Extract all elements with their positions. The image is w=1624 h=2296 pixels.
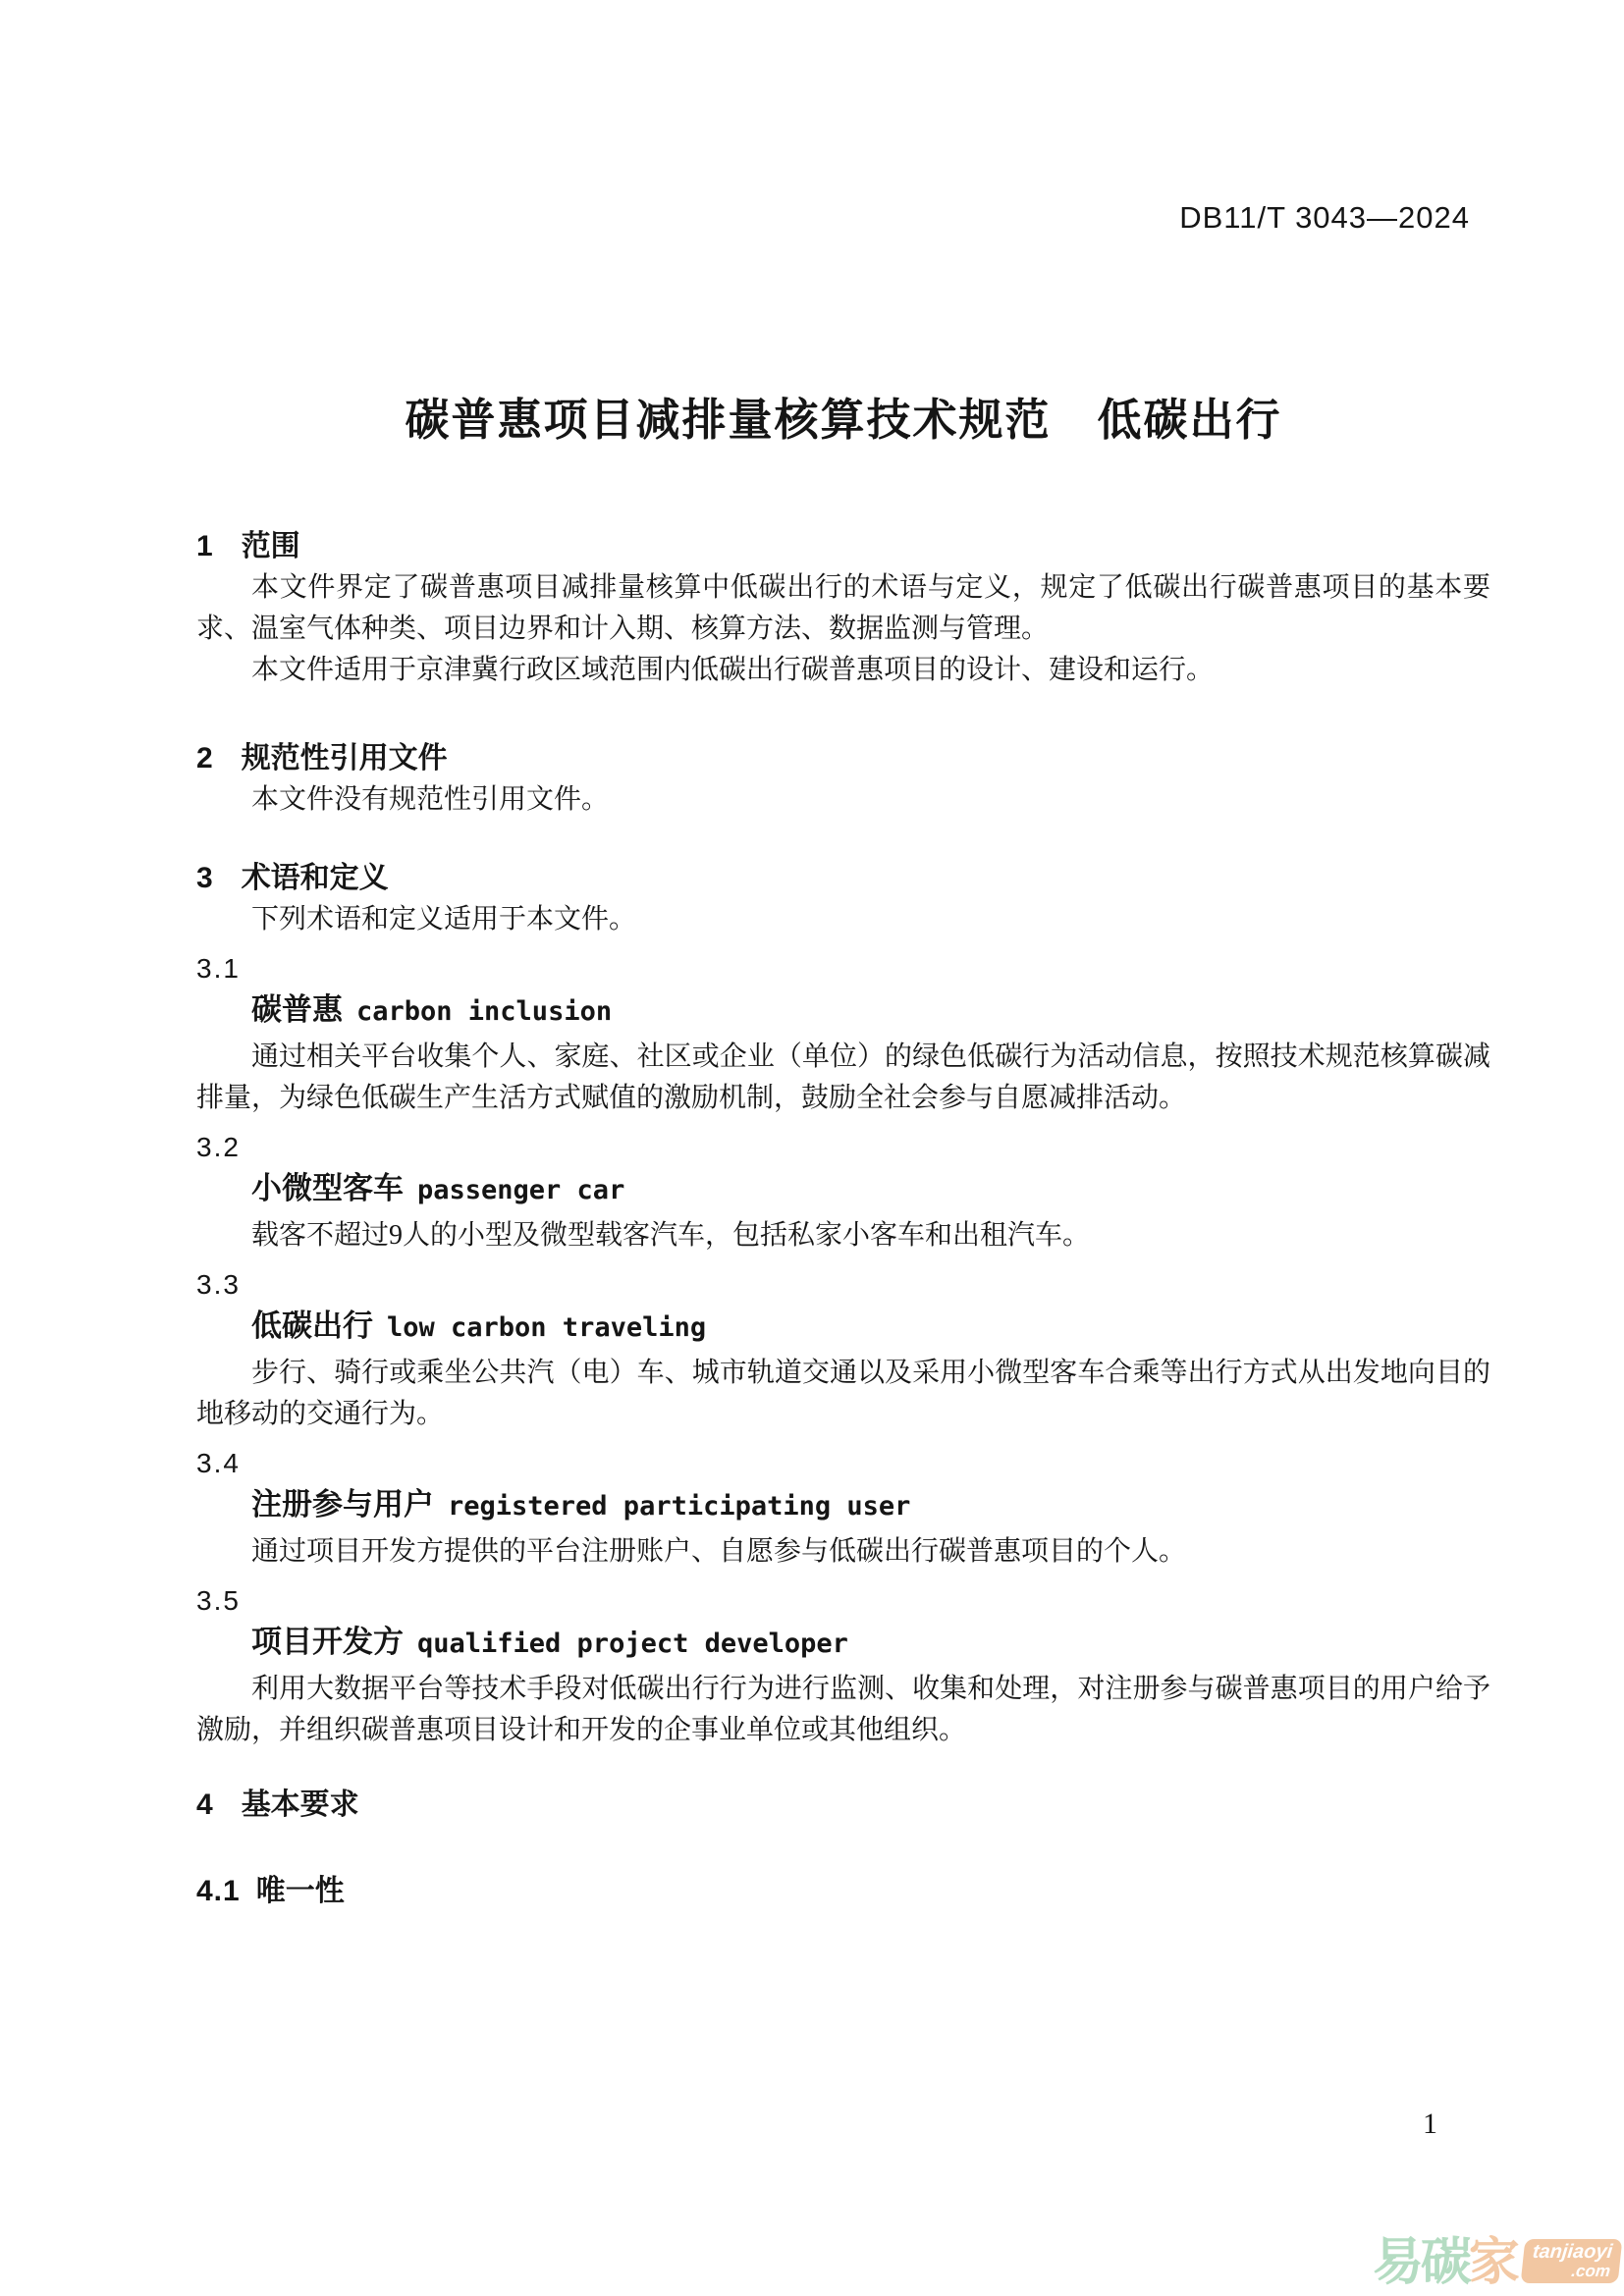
page-number: 1	[1423, 2107, 1437, 2142]
watermark-domain-tld: .com	[1570, 2263, 1610, 2279]
term-definition: 载客不超过9人的小型及微型载客汽车，包括私家小客车和出租汽车。	[196, 1215, 1490, 1256]
term-definition: 步行、骑行或乘坐公共汽（电）车、城市轨道交通以及采用小微型客车合乘等出行方式从出…	[196, 1353, 1490, 1435]
watermark-char-tan: 碳	[1421, 2237, 1469, 2288]
term-name-en: passenger car	[417, 1175, 624, 1205]
term-definition: 利用大数据平台等技术手段对低碳出行行为进行监测、收集和处理，对注册参与碳普惠项目…	[196, 1669, 1490, 1751]
term-name: 注册参与用户registered participating user	[196, 1484, 1490, 1531]
term-item-3-1: 3.1 碳普惠carbon inclusion 通过相关平台收集个人、家庭、社区…	[196, 948, 1490, 1119]
clause-title: 术语和定义	[242, 862, 389, 894]
term-number: 3.1	[196, 948, 1490, 989]
term-name-en: registered participating user	[448, 1491, 910, 1522]
paragraph-scope-2: 本文件适用于京津冀行政区域范围内低碳出行碳普惠项目的设计、建设和运行。	[196, 650, 1490, 691]
term-name-en: low carbon traveling	[387, 1312, 706, 1343]
term-number: 3.5	[196, 1580, 1490, 1622]
term-name: 项目开发方qualified project developer	[196, 1622, 1490, 1669]
standard-code: DB11/T 3043—2024	[196, 0, 1490, 236]
term-item-3-3: 3.3 低碳出行low carbon traveling 步行、骑行或乘坐公共汽…	[196, 1264, 1490, 1435]
term-name-en: carbon inclusion	[356, 996, 612, 1027]
clause-title: 规范性引用文件	[242, 742, 448, 774]
term-name: 碳普惠carbon inclusion	[196, 989, 1490, 1037]
clause-title: 基本要求	[242, 1789, 359, 1821]
document-page: DB11/T 3043—2024 碳普惠项目减排量核算技术规范 低碳出行 1范围…	[0, 0, 1624, 2296]
section-1-heading: 1范围	[196, 526, 1490, 567]
term-name-zh: 低碳出行	[251, 1308, 373, 1343]
watermark-char-jia: 家	[1469, 2237, 1517, 2288]
term-item-3-4: 3.4 注册参与用户registered participating user …	[196, 1443, 1490, 1573]
term-number: 3.3	[196, 1264, 1490, 1306]
yitanjia-watermark-logo: 易 碳 家 tanjiaoyi .com	[1373, 2237, 1620, 2288]
watermark-domain-text: tanjiaoyi	[1532, 2242, 1613, 2262]
paragraph-normative-refs: 本文件没有规范性引用文件。	[196, 779, 1490, 821]
section-2-heading: 2规范性引用文件	[196, 738, 1490, 779]
section-3-heading: 3术语和定义	[196, 858, 1490, 899]
paragraph-terms-intro: 下列术语和定义适用于本文件。	[196, 899, 1490, 940]
clause-number: 4	[196, 1789, 214, 1821]
clause-title: 唯一性	[256, 1875, 345, 1907]
term-item-3-2: 3.2 小微型客车passenger car 载客不超过9人的小型及微型载客汽车…	[196, 1127, 1490, 1256]
clause-number: 4.1	[196, 1875, 241, 1907]
term-definition: 通过项目开发方提供的平台注册账户、自愿参与低碳出行碳普惠项目的个人。	[196, 1531, 1490, 1573]
term-name-zh: 注册参与用户	[251, 1487, 434, 1522]
watermark-domain-badge: tanjiaoyi .com	[1520, 2239, 1622, 2283]
section-4-heading: 4基本要求	[196, 1785, 1490, 1826]
term-name-zh: 项目开发方	[251, 1625, 404, 1659]
term-item-3-5: 3.5 项目开发方qualified project developer 利用大…	[196, 1580, 1490, 1751]
document-title: 碳普惠项目减排量核算技术规范 低碳出行	[196, 391, 1490, 450]
term-name-zh: 小微型客车	[251, 1171, 404, 1205]
clause-number: 2	[196, 742, 214, 774]
watermark-char-yi: 易	[1373, 2237, 1421, 2288]
term-name-en: qualified project developer	[417, 1629, 848, 1659]
term-definition: 通过相关平台收集个人、家庭、社区或企业（单位）的绿色低碳行为活动信息，按照技术规…	[196, 1037, 1490, 1119]
clause-number: 1	[196, 530, 214, 562]
paragraph-scope-1: 本文件界定了碳普惠项目减排量核算中低碳出行的术语与定义，规定了低碳出行碳普惠项目…	[196, 567, 1490, 650]
section-4-1-heading: 4.1唯一性	[196, 1871, 1490, 1912]
clause-number: 3	[196, 862, 214, 894]
term-number: 3.2	[196, 1127, 1490, 1168]
clause-title: 范围	[242, 530, 300, 562]
term-number: 3.4	[196, 1443, 1490, 1484]
term-name: 低碳出行low carbon traveling	[196, 1306, 1490, 1353]
term-name-zh: 碳普惠	[251, 992, 343, 1027]
term-name: 小微型客车passenger car	[196, 1168, 1490, 1215]
document-content: DB11/T 3043—2024 碳普惠项目减排量核算技术规范 低碳出行 1范围…	[0, 0, 1624, 1912]
